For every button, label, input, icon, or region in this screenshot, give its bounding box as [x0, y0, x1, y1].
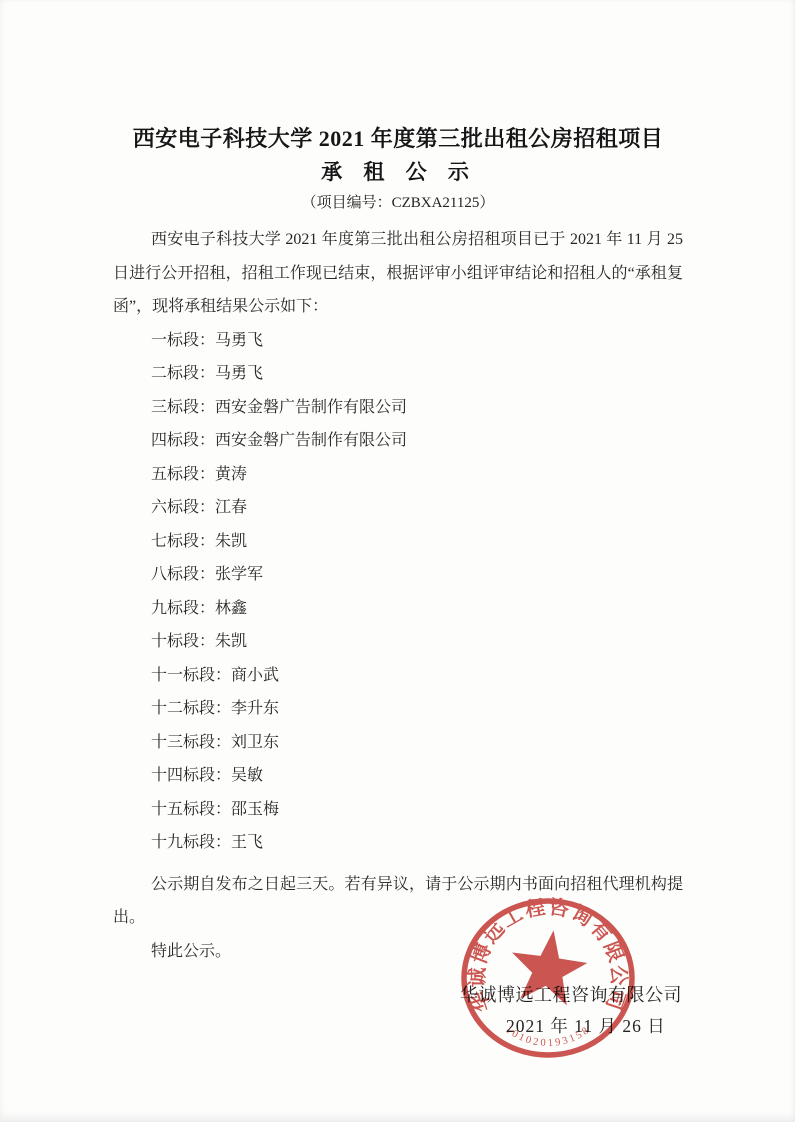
section-label: 十标段: [151, 633, 199, 650]
section-label: 八标段: [151, 566, 199, 583]
result-row: 一标段：马勇飞: [113, 324, 683, 358]
winner-name: 马勇飞: [215, 332, 263, 349]
winner-name: 马勇飞: [215, 365, 263, 382]
intro-paragraph: 西安电子科技大学 2021 年度第三批出租公房招租项目已于 2021 年 11 …: [113, 223, 683, 324]
section-label: 十一标段: [151, 667, 215, 684]
notice-paragraph: 公示期自发布之日起三天。若有异议，请于公示期内书面向招租代理机构提出。: [113, 868, 683, 935]
signature-company: 华诚博远工程咨询有限公司: [460, 981, 682, 1007]
result-row: 八标段：张学军: [113, 558, 683, 592]
signature-date: 2021 年 11 月 26 日: [506, 1013, 666, 1038]
section-label: 五标段: [151, 466, 199, 483]
section-label: 九标段: [151, 600, 199, 617]
results-list: 一标段：马勇飞二标段：马勇飞三标段：西安金磐广告制作有限公司四标段：西安金磐广告…: [113, 324, 683, 860]
section-label: 四标段: [151, 432, 199, 449]
winner-name: 李升东: [231, 700, 279, 717]
winner-name: 西安金磐广告制作有限公司: [215, 432, 407, 449]
winner-name: 王飞: [231, 834, 263, 851]
result-row: 二标段：马勇飞: [113, 357, 683, 391]
winner-name: 林鑫: [215, 600, 247, 617]
winner-name: 张学军: [215, 566, 263, 583]
section-label: 二标段: [151, 365, 199, 382]
winner-name: 朱凯: [215, 633, 247, 650]
section-label: 七标段: [151, 533, 199, 550]
result-row: 六标段：江春: [113, 491, 683, 525]
winner-name: 江春: [215, 499, 247, 516]
result-row: 十二标段：李升东: [113, 692, 683, 726]
result-row: 七标段：朱凯: [113, 525, 683, 559]
section-label: 十四标段: [151, 767, 215, 784]
section-label: 六标段: [151, 499, 199, 516]
winner-name: 西安金磐广告制作有限公司: [215, 399, 407, 416]
winner-name: 刘卫东: [231, 734, 279, 751]
result-row: 十九标段：王飞: [113, 826, 683, 860]
section-label: 三标段: [151, 399, 199, 416]
winner-name: 朱凯: [215, 533, 247, 550]
closing-line: 特此公示。: [113, 935, 683, 969]
result-row: 十标段：朱凯: [113, 625, 683, 659]
section-label: 十三标段: [151, 734, 215, 751]
project-number: （项目编号：CZBXA21125）: [113, 190, 683, 216]
result-row: 十五标段：邵玉梅: [113, 793, 683, 827]
section-label: 十五标段: [151, 801, 215, 818]
winner-name: 商小武: [231, 667, 279, 684]
result-row: 四标段：西安金磐广告制作有限公司: [113, 424, 683, 458]
result-row: 十一标段：商小武: [113, 659, 683, 693]
winner-name: 邵玉梅: [231, 801, 279, 818]
section-label: 十九标段: [151, 834, 215, 851]
winner-name: 吴敏: [231, 767, 263, 784]
section-label: 一标段: [151, 332, 199, 349]
doc-subtitle: 承 租 公 示: [113, 155, 683, 190]
result-row: 三标段：西安金磐广告制作有限公司: [113, 391, 683, 425]
result-row: 五标段：黄涛: [113, 458, 683, 492]
section-label: 十二标段: [151, 700, 215, 717]
document-page: 西安电子科技大学 2021 年度第三批出租公房招租项目 承 租 公 示 （项目编…: [0, 0, 795, 1122]
result-row: 十四标段：吴敏: [113, 759, 683, 793]
result-row: 九标段：林鑫: [113, 592, 683, 626]
result-row: 十三标段：刘卫东: [113, 726, 683, 760]
doc-title: 西安电子科技大学 2021 年度第三批出租公房招租项目: [113, 123, 683, 155]
winner-name: 黄涛: [215, 466, 247, 483]
